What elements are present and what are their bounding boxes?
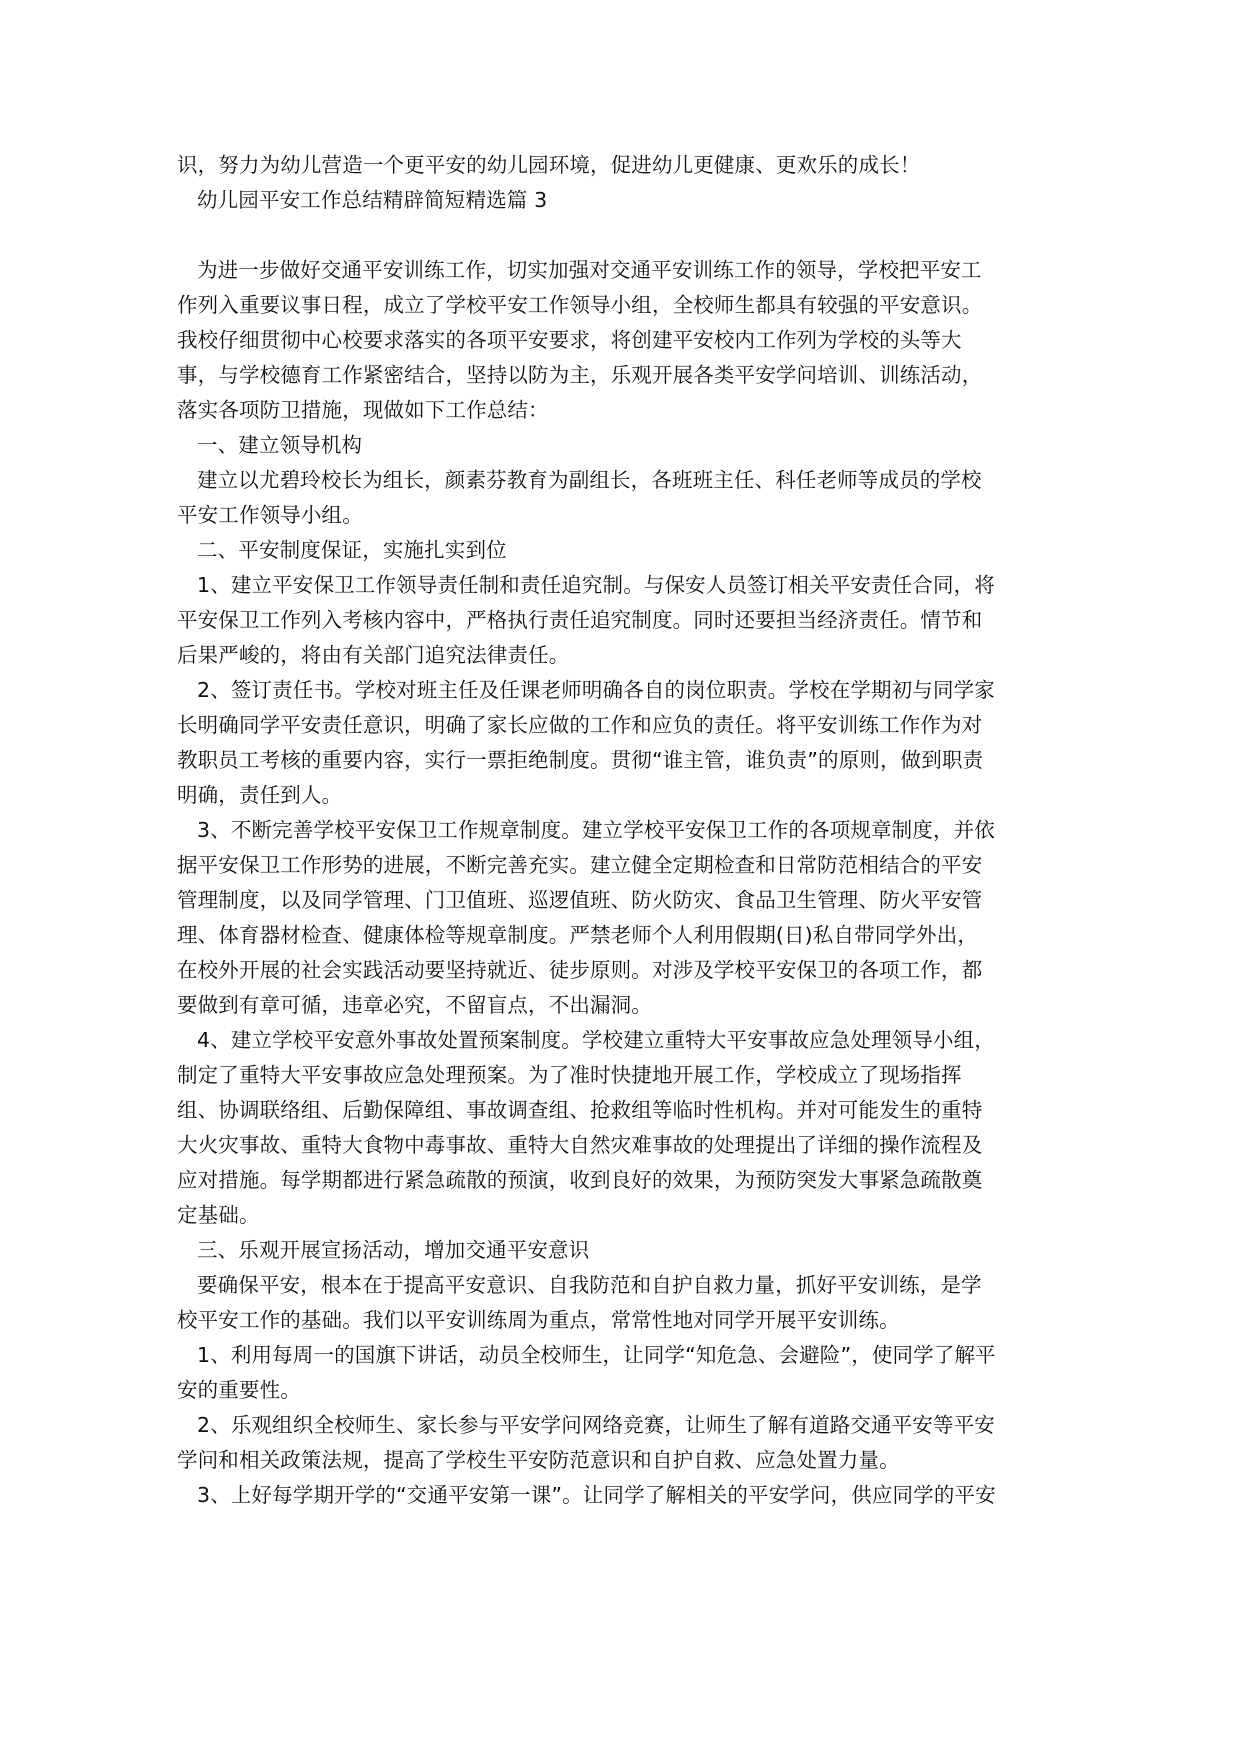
section-2: 二、平安制度保证，实施扎实到位 1、建立平安保卫工作领导责任制和责任追究制。与保… xyxy=(177,533,1065,1233)
paragraph-line: 3、不断完善学校平安保卫工作规章制度。建立学校平安保卫工作的各项规章制度，并依 xyxy=(177,813,1065,848)
paragraph-line: 组、协调联络组、后勤保障组、事故调查组、抢救组等临时性机构。并对可能发生的重特 xyxy=(177,1093,1065,1128)
section-1: 一、建立领导机构 建立以尤碧玲校长为组长，颜素芬教育为副组长，各班班主任、科任老… xyxy=(177,428,1065,533)
list-item: 1、利用每周一的国旗下讲话，动员全校师生，让同学“知危急、会避险”，使同学了解平… xyxy=(177,1338,1065,1408)
paragraph-line: 要做到有章可循，违章必究，不留盲点，不出漏洞。 xyxy=(177,988,1065,1023)
paragraph-line: 理、体育器材检查、健康体检等规章制度。严禁老师个人利用假期(日)私自带同学外出， xyxy=(177,918,1065,953)
list-item: 2、签订责任书。学校对班主任及任课老师明确各自的岗位职责。学校在学期初与同学家 … xyxy=(177,673,1065,813)
document-title: 幼儿园平安工作总结精辟简短精选篇 3 xyxy=(177,183,1065,218)
list-item: 3、上好每学期开学的“交通平安第一课”。让同学了解相关的平安学问，供应同学的平安 xyxy=(177,1478,1065,1513)
paragraph-line: 定基础。 xyxy=(177,1198,1065,1233)
list-item: 4、建立学校平安意外事故处置预案制度。学校建立重特大平安事故应急处理领导小组， … xyxy=(177,1023,1065,1233)
list-item: 1、建立平安保卫工作领导责任制和责任追究制。与保安人员签订相关平安责任合同，将 … xyxy=(177,568,1065,673)
paragraph-line: 应对措施。每学期都进行紧急疏散的预演，收到良好的效果，为预防突发大事紧急疏散奠 xyxy=(177,1163,1065,1198)
paragraph-line: 教职员工考核的重要内容，实行一票拒绝制度。贯彻“谁主管，谁负责”的原则，做到职责 xyxy=(177,743,1065,778)
paragraph-line: 4、建立学校平安意外事故处置预案制度。学校建立重特大平安事故应急处理领导小组， xyxy=(177,1023,1065,1058)
paragraph-line: 据平安保卫工作形势的进展，不断完善充实。建立健全定期检查和日常防范相结合的平安 xyxy=(177,848,1065,883)
list-item: 2、乐观组织全校师生、家长参与平安学问网络竞赛，让师生了解有道路交通平安等平安 … xyxy=(177,1408,1065,1478)
section-3: 三、乐观开展宣扬活动，增加交通平安意识 要确保平安，根本在于提高平安意识、自我防… xyxy=(177,1233,1065,1513)
section-heading: 一、建立领导机构 xyxy=(177,428,1065,463)
paragraph-line: 2、签订责任书。学校对班主任及任课老师明确各自的岗位职责。学校在学期初与同学家 xyxy=(177,673,1065,708)
paragraph-line: 平安保卫工作列入考核内容中，严格执行责任追究制度。同时还要担当经济责任。情节和 xyxy=(177,603,1065,638)
paragraph-line: 明确，责任到人。 xyxy=(177,778,1065,813)
paragraph-line: 为进一步做好交通平安训练工作，切实加强对交通平安训练工作的领导，学校把平安工 xyxy=(177,253,1065,288)
paragraph-line: 在校外开展的社会实践活动要坚持就近、徒步原则。对涉及学校平安保卫的各项工作，都 xyxy=(177,953,1065,988)
spacer xyxy=(177,218,1065,253)
paragraph-line: 2、乐观组织全校师生、家长参与平安学问网络竞赛，让师生了解有道路交通平安等平安 xyxy=(177,1408,1065,1443)
paragraph-line: 落实各项防卫措施，现做如下工作总结： xyxy=(177,393,1065,428)
paragraph-line: 要确保平安，根本在于提高平安意识、自我防范和自护自救力量，抓好平安训练，是学 xyxy=(177,1268,1065,1303)
paragraph-line: 安的重要性。 xyxy=(177,1373,1065,1408)
paragraph-line: 后果严峻的，将由有关部门追究法律责任。 xyxy=(177,638,1065,673)
paragraph-line: 大火灾事故、重特大食物中毒事故、重特大自然灾难事故的处理提出了详细的操作流程及 xyxy=(177,1128,1065,1163)
paragraph-line: 建立以尤碧玲校长为组长，颜素芬教育为副组长，各班班主任、科任老师等成员的学校 xyxy=(177,463,1065,498)
section-heading: 三、乐观开展宣扬活动，增加交通平安意识 xyxy=(177,1233,1065,1268)
paragraph-line: 长明确同学平安责任意识，明确了家长应做的工作和应负的责任。将平安训练工作作为对 xyxy=(177,708,1065,743)
paragraph-line: 平安工作领导小组。 xyxy=(177,498,1065,533)
list-item: 3、不断完善学校平安保卫工作规章制度。建立学校平安保卫工作的各项规章制度，并依 … xyxy=(177,813,1065,1023)
paragraph-line: 1、利用每周一的国旗下讲话，动员全校师生，让同学“知危急、会避险”，使同学了解平 xyxy=(177,1338,1065,1373)
paragraph-line: 3、上好每学期开学的“交通平安第一课”。让同学了解相关的平安学问，供应同学的平安 xyxy=(177,1478,1065,1513)
intro-paragraph: 为进一步做好交通平安训练工作，切实加强对交通平安训练工作的领导，学校把平安工 作… xyxy=(177,253,1065,428)
document-page: 识，努力为幼儿营造一个更平安的幼儿园环境，促进幼儿更健康、更欢乐的成长！ 幼儿园… xyxy=(177,148,1065,1513)
paragraph-line: 1、建立平安保卫工作领导责任制和责任追究制。与保安人员签订相关平安责任合同，将 xyxy=(177,568,1065,603)
section-heading: 二、平安制度保证，实施扎实到位 xyxy=(177,533,1065,568)
paragraph-line: 管理制度，以及同学管理、门卫值班、巡逻值班、防火防灾、食品卫生管理、防火平安管 xyxy=(177,883,1065,918)
paragraph-line: 校平安工作的基础。我们以平安训练周为重点，常常性地对同学开展平安训练。 xyxy=(177,1303,1065,1338)
paragraph-line: 我校仔细贯彻中心校要求落实的各项平安要求，将创建平安校内工作列为学校的头等大 xyxy=(177,323,1065,358)
paragraph-line: 事，与学校德育工作紧密结合，坚持以防为主，乐观开展各类平安学问培训、训练活动， xyxy=(177,358,1065,393)
paragraph-line: 制定了重特大平安事故应急处理预案。为了准时快捷地开展工作，学校成立了现场指挥 xyxy=(177,1058,1065,1093)
paragraph-line: 学问和相关政策法规，提高了学校生平安防范意识和自护自救、应急处置力量。 xyxy=(177,1443,1065,1478)
paragraph-line: 作列入重要议事日程，成立了学校平安工作领导小组，全校师生都具有较强的平安意识。 xyxy=(177,288,1065,323)
opening-line: 识，努力为幼儿营造一个更平安的幼儿园环境，促进幼儿更健康、更欢乐的成长！ xyxy=(177,148,1065,183)
